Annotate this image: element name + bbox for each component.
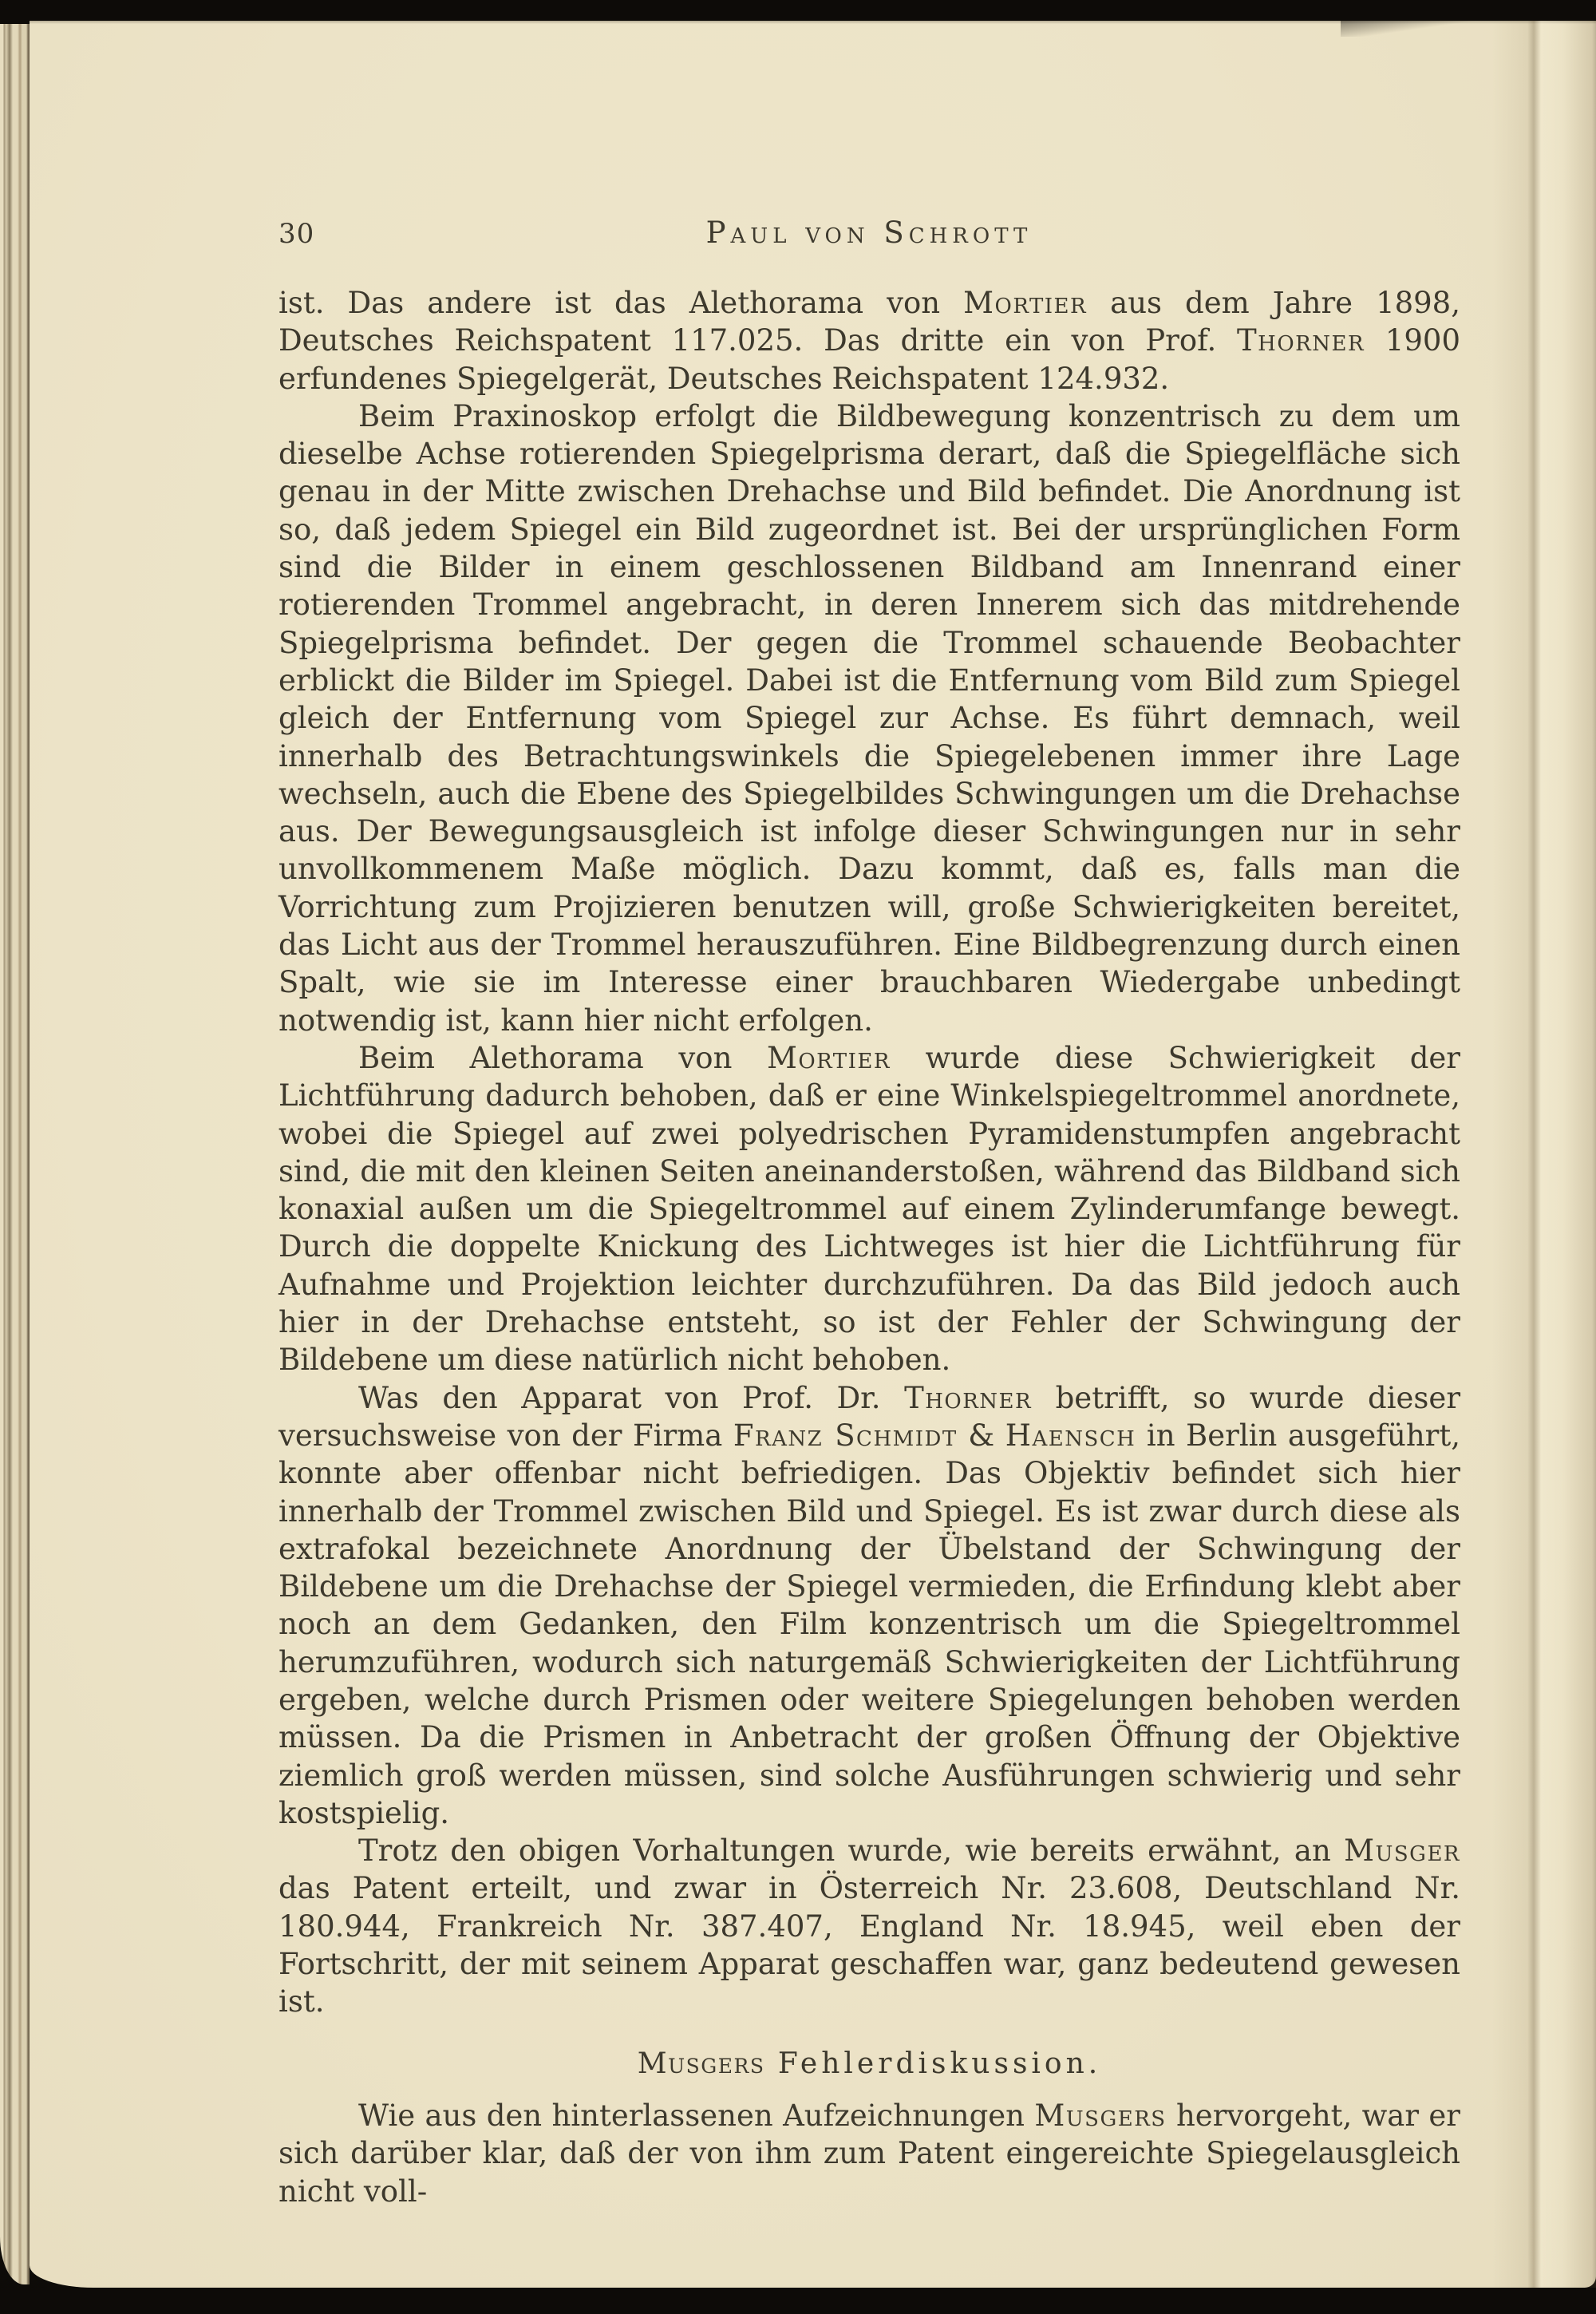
smallcaps-name: Mortier <box>767 1041 891 1075</box>
paragraph-2: Beim Praxinoskop erfolgt die Bildbewegun… <box>279 398 1460 1039</box>
page-body: ist. Das andere ist das Alethorama von M… <box>279 284 1460 2210</box>
smallcaps-name: Thorner <box>904 1381 1032 1415</box>
paragraph-1: ist. Das andere ist das Alethorama von M… <box>279 284 1460 398</box>
scan-corner-shadow <box>1341 0 1596 37</box>
text-run: Beim Praxinoskop erfolgt die Bildbewegun… <box>279 399 1460 1038</box>
smallcaps-name: Haensch <box>1005 1418 1136 1453</box>
running-title: Paul von Schrott <box>279 216 1460 251</box>
page-gutter-crease <box>1492 21 1596 2288</box>
text-run: Trotz den obigen Vorhaltungen wurde, wie… <box>358 1833 1344 1868</box>
smallcaps-name: Musgers <box>638 2047 765 2080</box>
text-run: das Patent erteilt, und zwar in Österrei… <box>279 1871 1460 2019</box>
page-number: 30 <box>279 218 314 250</box>
paragraph-7: Wie aus den hinterlassenen Aufzeichnunge… <box>279 2097 1460 2210</box>
text-run: Was den Apparat von Prof. Dr. <box>358 1381 904 1415</box>
smallcaps-name: Musgers <box>1034 2098 1166 2133</box>
book-page-edges <box>0 24 30 2284</box>
text-run: wurde diese Schwierigkeit der Lichtführu… <box>279 1041 1460 1377</box>
paragraph-4: Was den Apparat von Prof. Dr. Thorner be… <box>279 1379 1460 1833</box>
text-run: Fehlerdiskussion. <box>764 2047 1101 2080</box>
text-run: & <box>958 1418 1005 1453</box>
section-heading: Musgers Fehlerdiskussion. <box>279 2045 1460 2083</box>
book-page: 30 Paul von Schrott ist. Das andere ist … <box>30 21 1596 2288</box>
smallcaps-name: Franz Schmidt <box>733 1418 958 1453</box>
text-run: ist. Das andere ist das Alethorama von <box>279 286 963 320</box>
smallcaps-name: Mortier <box>963 286 1087 320</box>
paragraph-5: Trotz den obigen Vorhaltungen wurde, wie… <box>279 1832 1460 2020</box>
text-run: Beim Alethorama von <box>358 1041 767 1075</box>
running-header: 30 Paul von Schrott <box>279 216 1460 251</box>
text-run: Wie aus den hinterlassenen Aufzeichnunge… <box>358 2098 1034 2133</box>
smallcaps-name: Musger <box>1344 1833 1460 1868</box>
paragraph-3: Beim Alethorama von Mortier wurde diese … <box>279 1039 1460 1379</box>
scan-background: { "page": { "number": "30", "running_tit… <box>0 0 1596 2314</box>
text-run: in Berlin ausgeführt, konnte aber offenb… <box>279 1418 1460 1830</box>
smallcaps-name: Thorner <box>1237 323 1365 358</box>
